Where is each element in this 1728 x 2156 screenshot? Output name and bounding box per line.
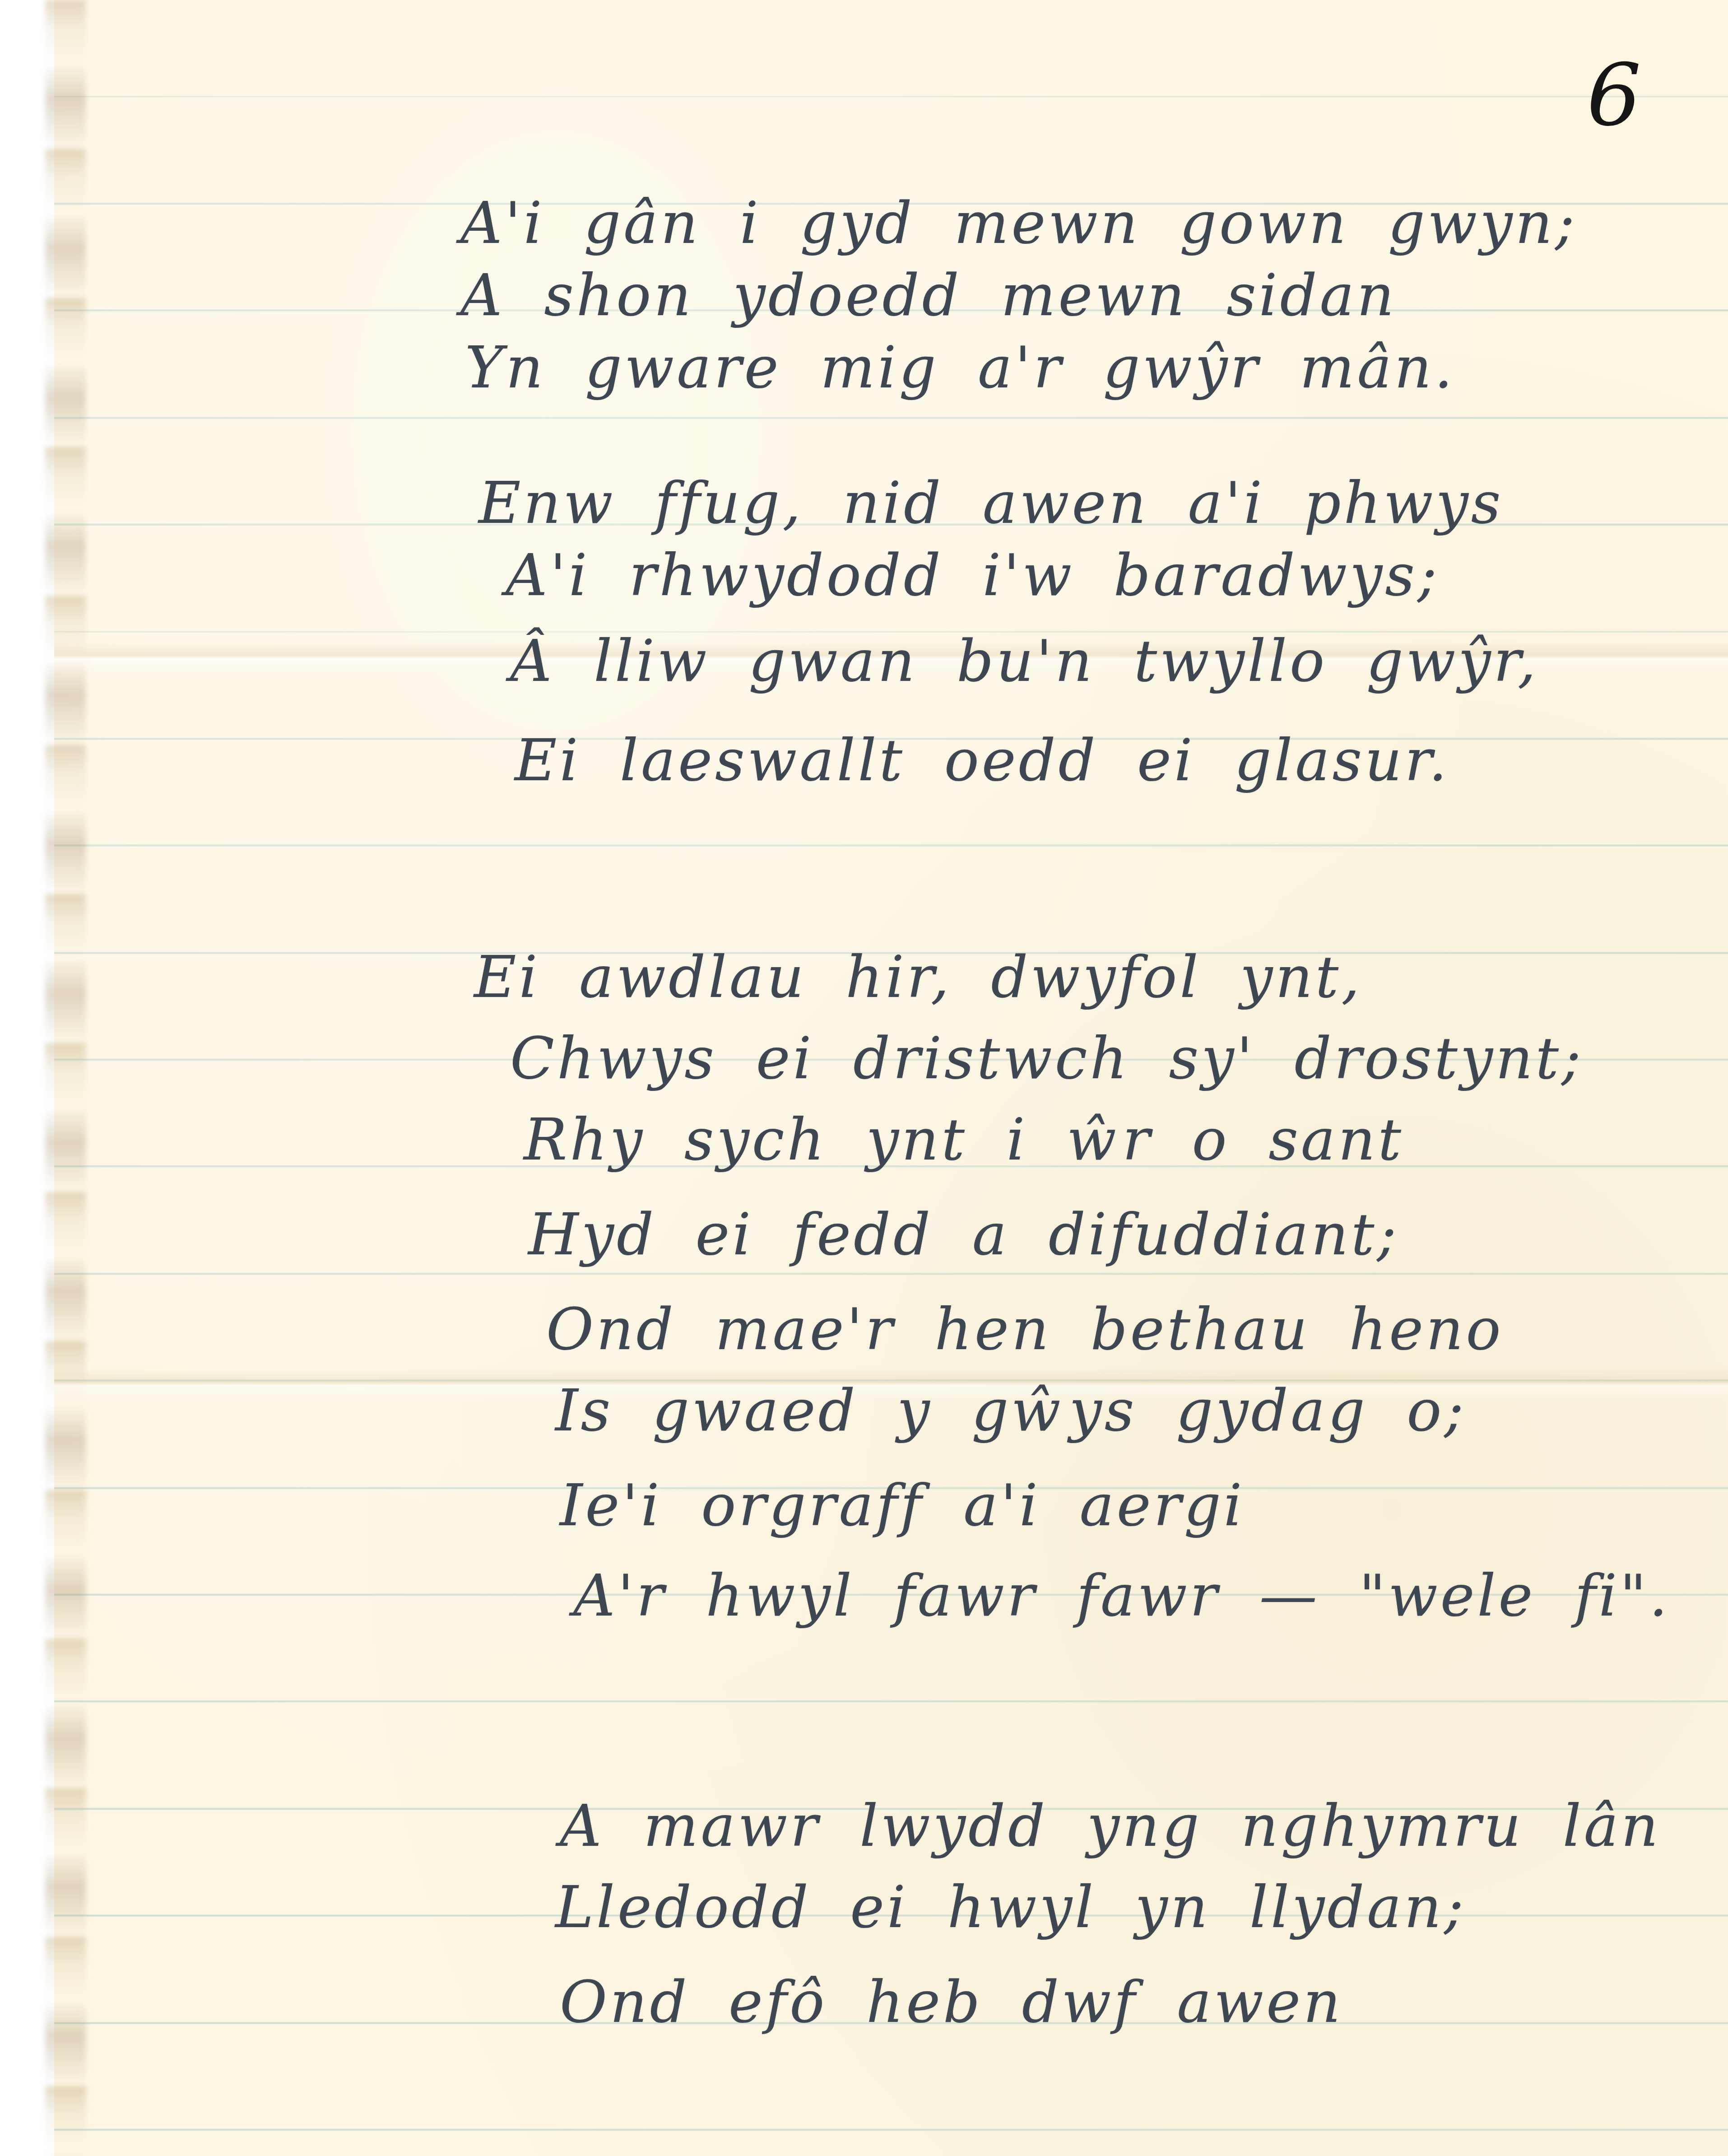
poem-line: Ond efô heb dwf awen (560, 1969, 1343, 2036)
poem-line: Is gwaed y gŵys gydag o; (555, 1377, 1466, 1444)
poem-line: Rhy sych ynt i ŵr o sant (524, 1106, 1404, 1173)
poem-line: Lledodd ei hwyl yn llydan; (555, 1874, 1466, 1941)
poem-line: Hyd ei fedd a difuddiant; (528, 1201, 1399, 1268)
poem-line: Enw ffug, nid awen a'i phwys (478, 470, 1503, 537)
poem-line: Ei awdlau hir, dwyfol ynt, (474, 944, 1362, 1011)
poem-line: A'r hwyl fawr fawr — "wele fi". (573, 1562, 1670, 1630)
poem-line: A'i rhwydodd i'w baradwys; (506, 542, 1440, 609)
poem-line: Ei laeswallt oedd ei glasur. (515, 727, 1450, 794)
poem-line: Ond mae'r hen bethau heno (546, 1296, 1504, 1363)
poem-line: A mawr lwydd yng nghymru lân (560, 1793, 1661, 1860)
poem-line: Chwys ei dristwch sy' drostynt; (510, 1025, 1584, 1092)
poem-line: Yn gware mig a'r gwŷr mân. (465, 334, 1455, 401)
poem: A'i gân i gyd mewn gown gwyn; A shon ydo… (0, 0, 1728, 2156)
poem-line: Â lliw gwan bu'n twyllo gwŷr, (510, 628, 1538, 695)
poem-line: A shon ydoedd mewn sidan (460, 262, 1397, 329)
poem-line: A'i gân i gyd mewn gown gwyn; (460, 190, 1577, 257)
poem-line: Ie'i orgraff a'i aergi (560, 1472, 1245, 1539)
